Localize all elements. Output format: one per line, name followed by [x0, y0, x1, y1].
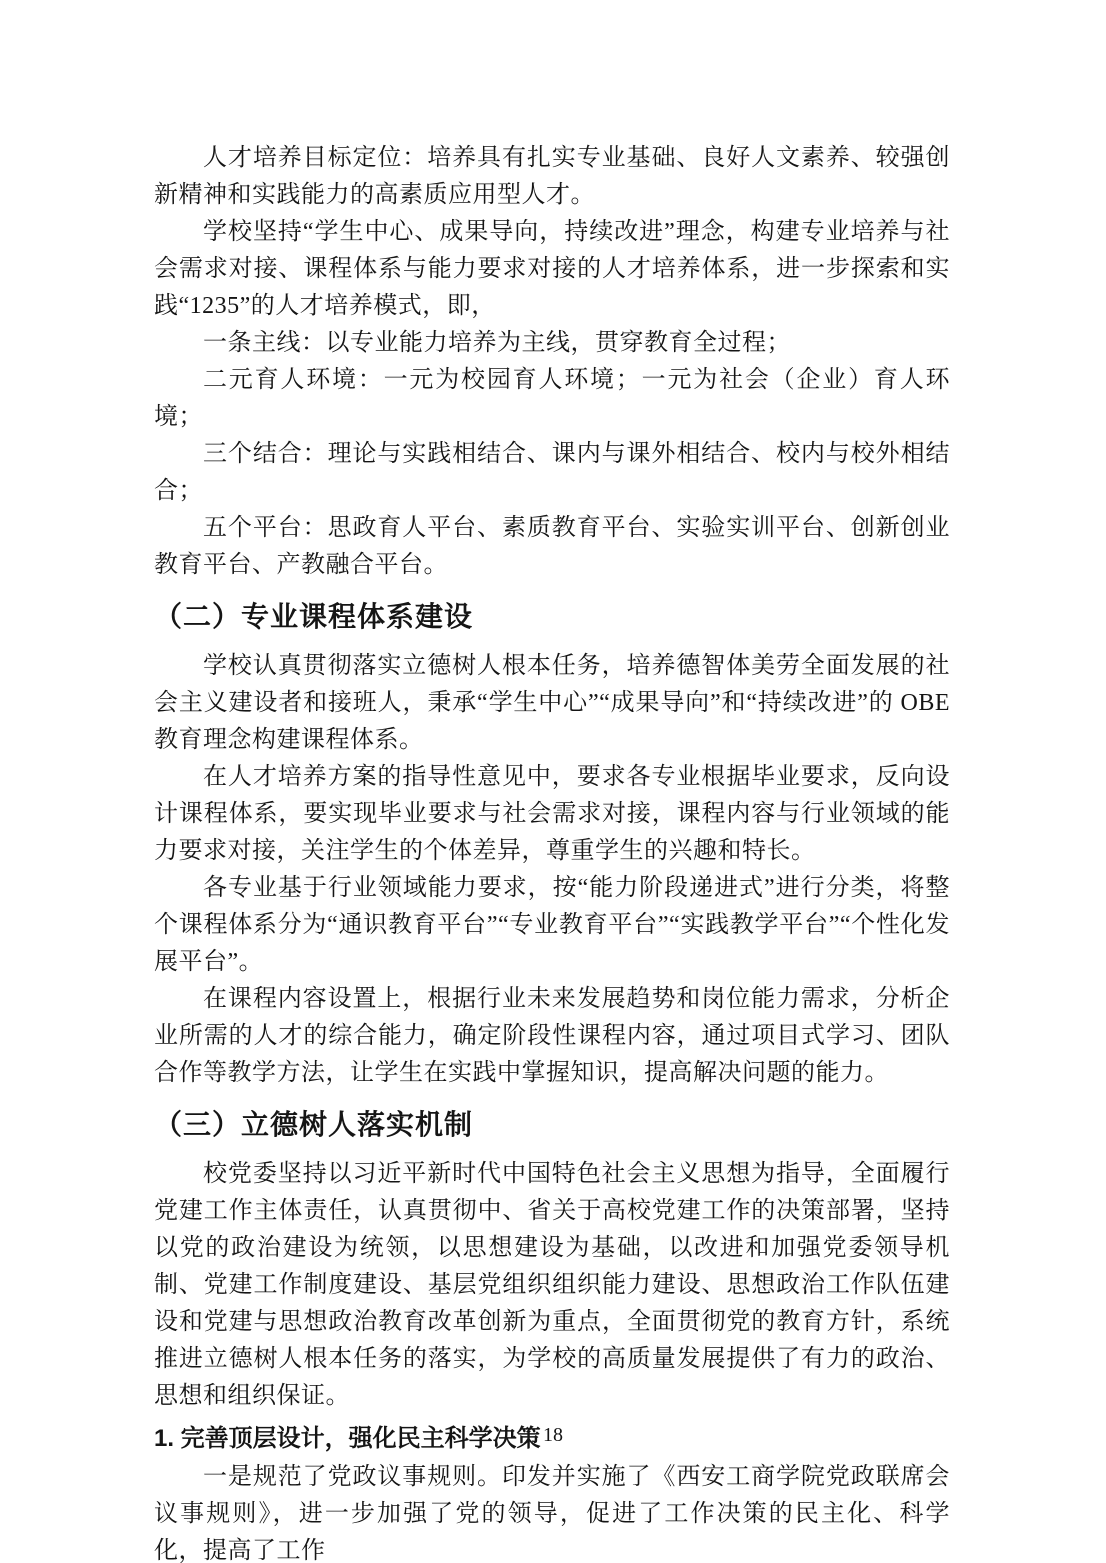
- paragraph-rules: 一是规范了党政议事规则。印发并实施了《西安工商学院党政联席会议事规则》，进一步加…: [154, 1459, 950, 1563]
- page-number: 18: [0, 1424, 1106, 1447]
- paragraph-party-committee: 校党委坚持以习近平新时代中国特色社会主义思想为指导，全面履行党建工作主体责任，认…: [154, 1156, 950, 1415]
- list-item-dual-environment: 二元育人环境：一元为校园育人环境；一元为社会（企业）育人环境；: [154, 362, 950, 436]
- paragraph-1235-model: 学校坚持“学生中心、成果导向，持续改进”理念，构建专业培养与社会需求对接、课程体…: [154, 214, 950, 325]
- section-heading-curriculum: （二）专业课程体系建设: [154, 597, 950, 637]
- list-item-three-combinations: 三个结合：理论与实践相结合、课内与课外相结合、校内与校外相结合；: [154, 436, 950, 510]
- paragraph-reverse-design: 在人才培养方案的指导性意见中，要求各专业根据毕业要求，反向设计课程体系，要实现毕…: [154, 759, 950, 870]
- paragraph-course-platforms: 各专业基于行业领域能力要求，按“能力阶段递进式”进行分类，将整个课程体系分为“通…: [154, 870, 950, 981]
- paragraph-talent-goal: 人才培养目标定位：培养具有扎实专业基础、良好人文素养、较强创新精神和实践能力的高…: [154, 140, 950, 214]
- section-heading-moral-education: （三）立德树人落实机制: [154, 1105, 950, 1145]
- document-page: 人才培养目标定位：培养具有扎实专业基础、良好人文素养、较强创新精神和实践能力的高…: [0, 0, 1106, 1563]
- list-item-five-platforms: 五个平台：思政育人平台、素质教育平台、实验实训平台、创新创业教育平台、产教融合平…: [154, 510, 950, 584]
- paragraph-obe-concept: 学校认真贯彻落实立德树人根本任务，培养德智体美劳全面发展的社会主义建设者和接班人…: [154, 648, 950, 759]
- paragraph-course-content: 在课程内容设置上，根据行业未来发展趋势和岗位能力需求，分析企业所需的人才的综合能…: [154, 981, 950, 1092]
- list-item-one-main-line: 一条主线：以专业能力培养为主线，贯穿教育全过程；: [154, 325, 950, 362]
